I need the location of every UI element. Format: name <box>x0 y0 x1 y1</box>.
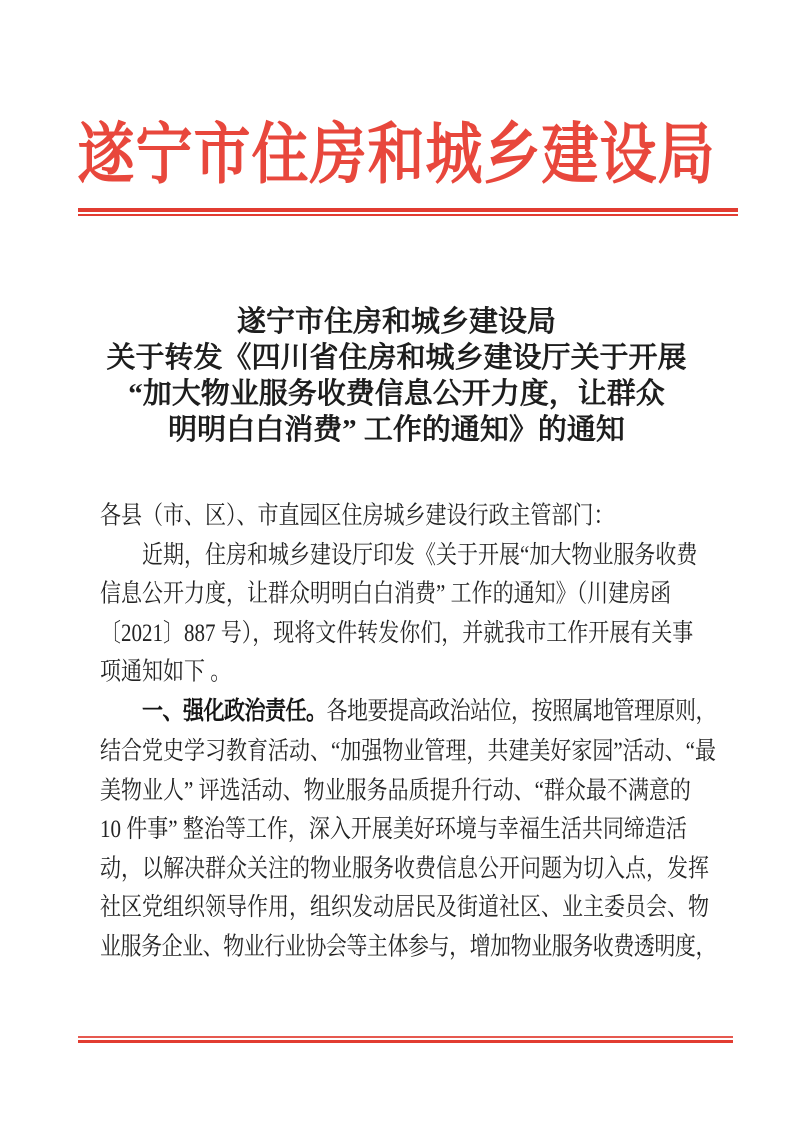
body-line: 美物业人” 评选活动、物业服务品质提升行动、“群众最不满意的 <box>100 770 716 809</box>
body-line-with-heading: 一、强化政治责任。各地要提高政治站位，按照属地管理原则， <box>100 691 716 731</box>
body-line: 动，以解决群众关注的物业服务收费信息公开问题为切入点，发挥 <box>100 848 716 887</box>
document-body: 各县（市、区）、市直园区住房城乡建设行政主管部门： 近期，住房和城乡建设厅印发《… <box>100 496 716 965</box>
document-title: 遂宁市住房和城乡建设局 关于转发《四川省住房和城乡建设厅关于开展 “加大物业服务… <box>0 304 793 448</box>
letterhead-double-rule <box>78 208 738 216</box>
section-heading: 一、强化政治责任。 <box>142 697 327 725</box>
body-line: 〔2021〕887 号），现将文件转发你们，并就我市工作开展有关事 <box>100 613 716 652</box>
document-page: 遂宁市住房和城乡建设局 遂宁市住房和城乡建设局 关于转发《四川省住房和城乡建设厅… <box>0 0 793 1122</box>
body-text: 各地要提高政治站位，按照属地管理原则， <box>327 696 717 725</box>
body-line: 项通知如下 。 <box>100 652 716 691</box>
rule-thin-bar <box>78 214 738 216</box>
document-title-line: 遂宁市住房和城乡建设局 <box>0 304 793 340</box>
body-line: 结合党史学习教育活动、“加强物业管理，共建美好家园”活动、“最 <box>100 731 716 770</box>
rule-thick-bar <box>78 208 738 212</box>
body-line: 业服务企业、物业行业协会等主体参与，增加物业服务收费透明度， <box>100 926 716 965</box>
salutation-line: 各县（市、区）、市直园区住房城乡建设行政主管部门： <box>100 496 716 535</box>
body-line: 近期，住房和城乡建设厅印发《关于开展“加大物业服务收费 <box>100 535 716 574</box>
rule-thin-bar <box>78 1036 733 1038</box>
body-line: 信息公开力度，让群众明明白白消费” 工作的通知》（川建房函 <box>100 574 716 613</box>
footer-double-rule <box>78 1036 733 1043</box>
document-title-line: 明明白白消费” 工作的通知》的通知 <box>0 412 793 448</box>
body-line: 10 件事” 整治等工作，深入开展美好环境与幸福生活共同缔造活 <box>100 809 716 848</box>
letterhead-org-name: 遂宁市住房和城乡建设局 <box>0 115 793 197</box>
document-title-line: “加大物业服务收费信息公开力度，让群众 <box>0 376 793 412</box>
document-title-line: 关于转发《四川省住房和城乡建设厅关于开展 <box>0 340 793 376</box>
rule-thick-bar <box>78 1040 733 1043</box>
body-line: 社区党组织领导作用，组织发动居民及街道社区、业主委员会、物 <box>100 887 716 926</box>
